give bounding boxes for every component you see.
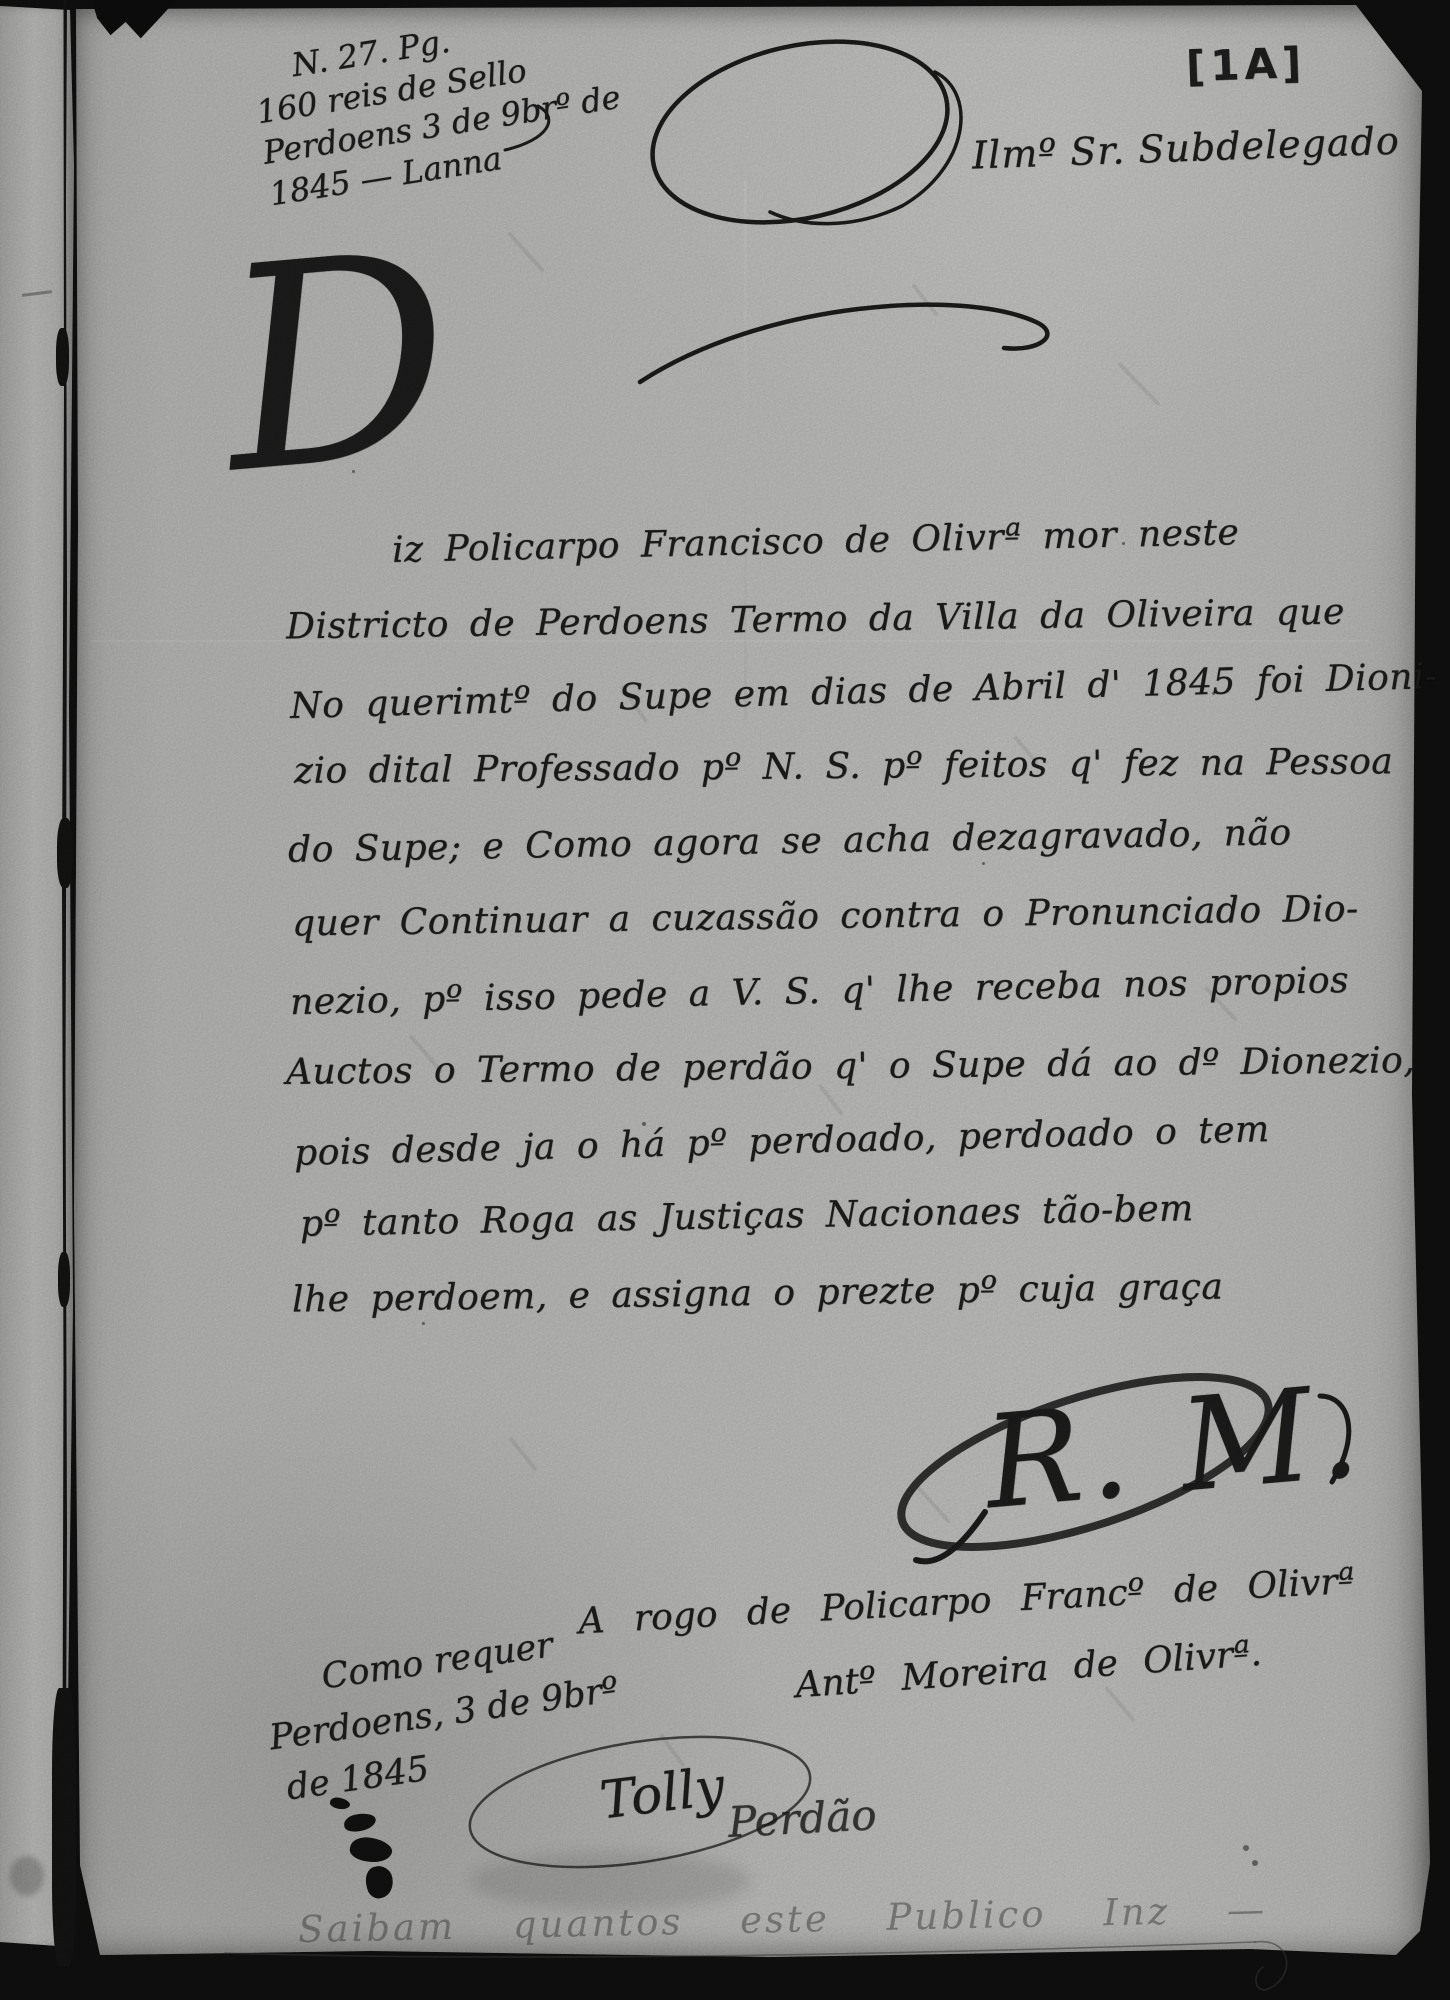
gutter-dark-spot <box>58 1252 70 1307</box>
gutter-dark-spot <box>57 818 73 888</box>
drop-cap: D <box>216 243 459 486</box>
petitioner-initials-signature: R. M. <box>980 1362 1370 1535</box>
archival-folio-mark: [1A] <box>1185 38 1307 91</box>
gutter-dark-band <box>52 1688 76 1966</box>
docket-word: Perdão <box>727 1792 878 1846</box>
gutter-dark-spot <box>56 328 69 386</box>
scanned-manuscript-page: N. 27. Pg. 160 reis de Sello Perdoens 3 … <box>0 0 1450 2000</box>
sliver-stain <box>10 1856 44 1896</box>
